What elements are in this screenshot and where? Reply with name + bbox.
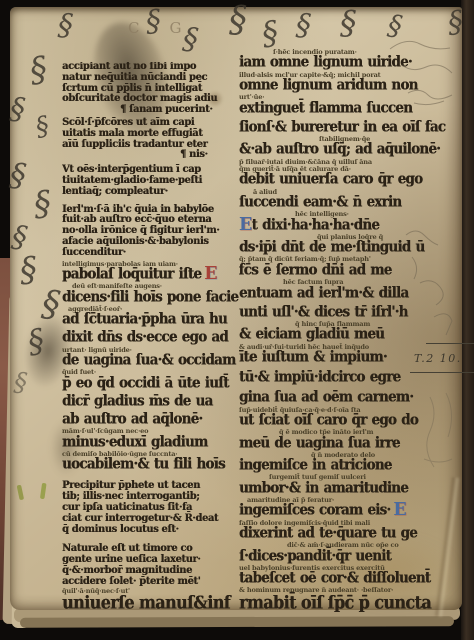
line-text: ¶ nis· — [180, 150, 208, 161]
line-text: ciat cur interrogetur·& R̄·deat — [62, 514, 218, 525]
line-text: q̄ dominus locutus eſt· — [62, 525, 179, 536]
line-text: dixerint ad te·q̄uare tu ge — [239, 525, 417, 542]
line-text: ſuccendi eam·& n̄ exrin — [239, 195, 401, 212]
text-line: ad ſc̄tuaria·p̄pha ūra hu — [62, 313, 240, 328]
line-text: fc̄s ē ſermo dn̄i ad me — [239, 262, 392, 279]
line-text: ſ·dices·pandit̄·q̄r uenit — [239, 548, 391, 565]
text-line: ds·ip̄i dn̄t de me·ſtinguid ū — [239, 241, 465, 256]
decorated-initial: E — [393, 504, 406, 518]
text-line: gina ſua ad oēm carnem· — [239, 391, 465, 406]
line-text: dicens·fili hoīs pone facie — [62, 289, 238, 306]
text-line: ſionſ·& bureretur in ea oīſ fac — [239, 121, 465, 136]
shelfmark-annotation: T.2 10. — [414, 352, 474, 365]
pen-trial-letters: CG — [128, 19, 211, 37]
line-text: uitatis mala morte effugiāt — [62, 129, 202, 140]
manuscript-photograph: CG accipiant aut nō ſibi imponatur neq̄u… — [0, 0, 474, 640]
text-line: ¶ ſanam pucerint· — [62, 105, 240, 116]
line-text: dicr̄ gladius m̄s de ua — [62, 393, 212, 410]
line-text: p̄ eo q̄d occidi ā ūte iuſt̄ — [62, 375, 229, 392]
line-text: dixit dn̄s ds·ecce ego ad — [62, 330, 228, 347]
right-text-column: ſ·hēc incendio puratam·iam omne lignum u… — [239, 49, 465, 615]
text-line: &·ab auſtro uſq̄; ad aq̄uilonē· — [239, 143, 465, 158]
line-text: meū de uagina ſua irre — [239, 435, 400, 452]
text-line: pabolaſ loq̄uitur iſteE — [62, 268, 240, 283]
line-text: ut ſciat oīſ caro q̄r ego do — [239, 412, 418, 429]
text-line: iam omne lignum uiride· — [239, 56, 465, 71]
line-text: ingemiſces coram eis· — [239, 503, 390, 520]
text-line: dicens·fili hoīs pone facie — [62, 291, 240, 306]
text-line: unti uſl'·& dices tr̄ iſrl'·h — [239, 306, 465, 321]
line-text: ſuccenditur· — [62, 248, 126, 259]
left-text-column: accipiant aut nō ſibi imponatur neq̄uiti… — [62, 62, 240, 614]
text-line: Et dixi·ha·ha·ha·dn̄e — [239, 219, 465, 234]
text-line: meū de uagina ſua irre — [239, 437, 465, 452]
text-line: aīū ſuppliciis tradantur eter — [62, 140, 240, 151]
text-line: omne lignum aridum non — [239, 79, 465, 94]
line-text: de uagina ſua·& occidam — [62, 352, 236, 369]
text-line: ab auſtro ad aq̄lonē· — [62, 413, 240, 428]
line-text: tabeſcet oē cor·& diſſoluent̄ — [239, 571, 430, 588]
text-line: p̄ eo q̄d occidi ā ūte iuſt̄ — [62, 377, 240, 392]
text-line: rmabit̄ oīſ ſp̄c̄ p̄ cuncta — [239, 595, 465, 613]
shelfmark-text: T.2 10. — [414, 352, 462, 365]
line-text: lentiaq̄; compleatur· — [62, 187, 168, 198]
text-line: umbor·& in amaritudine — [239, 482, 465, 497]
line-text: t dixi·ha·ha·ha·dn̄e — [252, 217, 380, 234]
line-text: extinguet̄ flamma ſuccen — [239, 100, 412, 117]
line-text: pabolaſ loq̄uitur iſte — [62, 266, 201, 283]
line-text: minus·eduxī gladium — [62, 434, 207, 451]
text-line: ut ſciat oīſ caro q̄r ego do — [239, 414, 465, 429]
line-text: uocabilem·& tu fili hoīs — [62, 457, 225, 474]
line-text: umbor·& in amaritudine — [239, 480, 408, 497]
line-text: iam omne lignum uiride· — [239, 55, 412, 72]
pen-trial-letter: C — [128, 19, 169, 37]
text-line: uocabilem·& tu fili hoīs — [62, 458, 240, 473]
text-line: uitatis mala morte effugiāt — [62, 129, 240, 140]
text-line: tū·& impiū·idcirco egre — [239, 371, 465, 386]
text-line: debit uniuerſa caro q̄r ego — [239, 173, 465, 188]
text-line: & eiciam gladiū meū — [239, 328, 465, 343]
text-line: minus·eduxī gladium — [62, 436, 240, 451]
text-line: dicr̄ gladius m̄s de ua — [62, 395, 240, 410]
text-line: ſuccendi eam·& n̄ exrin — [239, 196, 465, 211]
decorated-initial: E — [204, 268, 217, 282]
text-line: q̄ dominus locutus eſt· — [62, 525, 240, 536]
line-text: ad ſc̄tuaria·p̄pha ūra hu — [62, 312, 227, 329]
line-text: debit uniuerſa caro q̄r ego — [239, 172, 422, 189]
line-text: ¶ ſanam pucerint· — [120, 105, 212, 116]
page-edges — [20, 616, 454, 628]
line-text: ingemiſce in atricione — [239, 458, 392, 475]
line-text: unti uſl'·& dices tr̄ iſrl'·h — [239, 304, 408, 321]
text-line: ciat cur interrogetur·& R̄·deat — [62, 514, 240, 525]
line-text: natur neq̄uitia nūciandi pec — [62, 73, 207, 84]
text-line: Efc̄s ē ſermo dn̄i ad me — [239, 264, 465, 279]
text-line: dixerint ad te·q̄uare tu ge — [239, 527, 465, 542]
line-text: īte iuſtum & impium· — [239, 349, 387, 366]
text-line: uniuerſe manuſ&inf — [62, 595, 240, 613]
line-text: & eiciam gladiū meū — [239, 327, 384, 344]
sewing-thread — [17, 483, 47, 500]
text-line: lentiaq̄; compleatur· — [62, 187, 240, 198]
text-line: ingemiſces coram eis·E — [239, 504, 465, 519]
line-text: &·ab auſtro uſq̄; ad aq̄uilonē· — [239, 142, 440, 159]
text-line: extinguet̄ flamma ſuccen — [239, 102, 465, 117]
text-line: ¶ nis· — [62, 150, 240, 161]
text-line: ſ·dices·pandit̄·q̄r uenit — [239, 550, 465, 565]
line-text: ſionſ·& bureretur in ea oīſ fac — [239, 119, 445, 136]
line-text: entuam ad ierl'm·& dilla — [239, 285, 408, 302]
pen-trial-letter: G — [169, 19, 211, 37]
text-line: ſuccenditur· — [62, 248, 240, 259]
line-text: gina ſua ad oēm carnem· — [239, 390, 413, 407]
line-text: rmabit̄ oīſ ſp̄c̄ p̄ cuncta — [239, 593, 431, 613]
line-text: accidere ſolet· p̄terite mēt' — [62, 577, 200, 588]
text-line: tabeſcet oē cor·& diſſoluent̄ — [239, 572, 465, 587]
text-line: de uagina ſua·& occidam — [62, 354, 240, 369]
manuscript-page: CG accipiant aut nō ſibi imponatur neq̄u… — [10, 7, 462, 610]
text-line: entuam ad ierl'm·& dilla — [239, 287, 465, 302]
text-line: accidere ſolet· p̄terite mēt' — [62, 577, 240, 588]
text-line: natur neq̄uitia nūciandi pec — [62, 73, 240, 84]
line-text: uniuerſe manuſ&inf — [62, 593, 230, 613]
line-text: omne lignum aridum non — [239, 77, 418, 94]
text-line: dixit dn̄s ds·ecce ego ad — [62, 331, 240, 346]
decorated-initial: E — [239, 219, 252, 233]
line-text: ds·ip̄i dn̄t de me·ſtinguid ū — [239, 240, 424, 257]
line-text: tū·& impiū·idcirco egre — [239, 370, 400, 387]
line-text: ab auſtro ad aq̄lonē· — [62, 411, 202, 428]
